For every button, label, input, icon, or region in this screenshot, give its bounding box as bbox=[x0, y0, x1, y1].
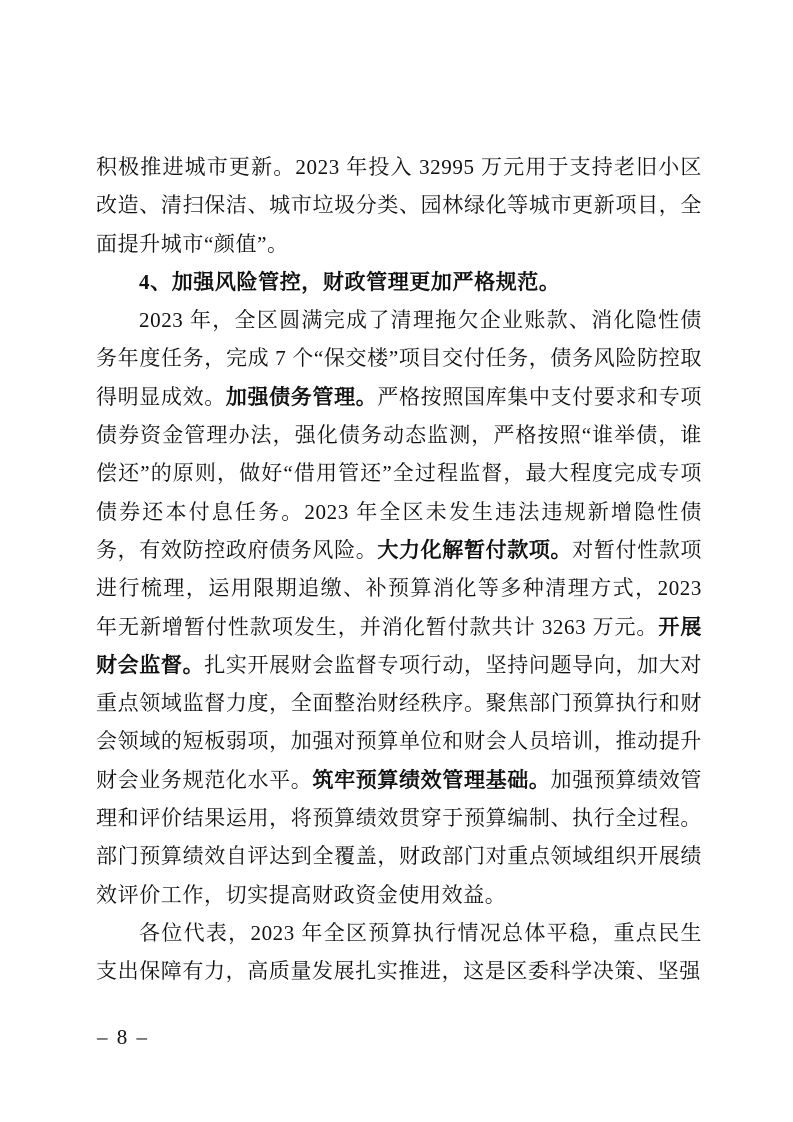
emphasis-run: 筑牢预算绩效管理基础。 bbox=[312, 768, 550, 792]
paragraph: 2023 年，全区圆满完成了清理拖欠企业账款、消化隐性债务年度任务，完成 7 个… bbox=[96, 301, 702, 914]
document-body: 积极推进城市更新。2023 年投入 32995 万元用于支持老旧小区改造、清扫保… bbox=[96, 148, 702, 991]
page-number: – 8 – bbox=[97, 1022, 149, 1052]
paragraph: 积极推进城市更新。2023 年投入 32995 万元用于支持老旧小区改造、清扫保… bbox=[96, 148, 702, 263]
document-page: 积极推进城市更新。2023 年投入 32995 万元用于支持老旧小区改造、清扫保… bbox=[0, 0, 793, 1122]
text-run: 积极推进城市更新。2023 年投入 32995 万元用于支持老旧小区改造、清扫保… bbox=[96, 155, 702, 256]
paragraph: 各位代表，2023 年全区预算执行情况总体平稳，重点民生支出保障有力，高质量发展… bbox=[96, 914, 702, 991]
emphasis-run: 4、加强风险管控，财政管理更加严格规范。 bbox=[139, 270, 561, 294]
text-run: 严格按照国库集中支付要求和专项债券资金管理办法，强化债务动态监测，严格按照“谁举… bbox=[96, 385, 702, 562]
emphasis-run: 加强债务管理。 bbox=[226, 385, 378, 409]
text-run: 各位代表，2023 年全区预算执行情况总体平稳，重点民生支出保障有力，高质量发展… bbox=[96, 921, 702, 983]
section-heading: 4、加强风险管控，财政管理更加严格规范。 bbox=[96, 263, 702, 301]
emphasis-run: 大力化解暂付款项。 bbox=[377, 538, 572, 562]
